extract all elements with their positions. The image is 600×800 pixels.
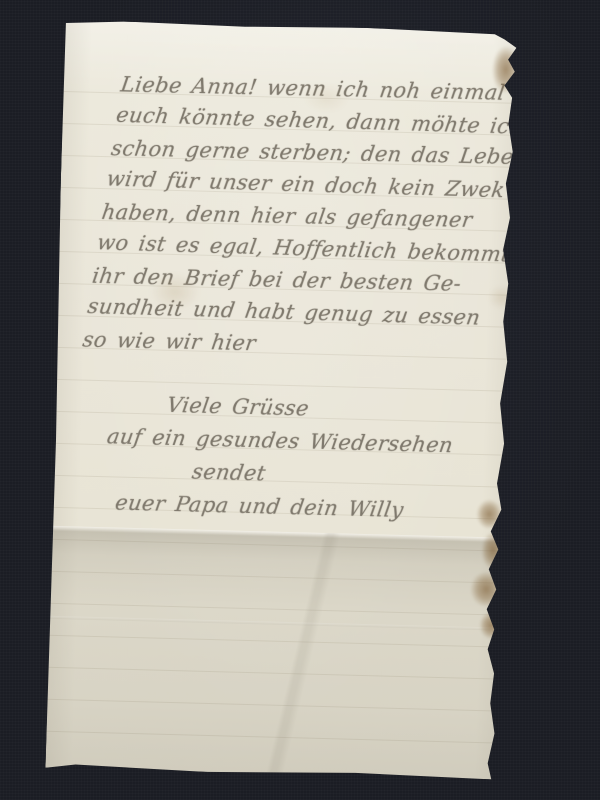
stain-top-right bbox=[491, 45, 520, 94]
fold-crease bbox=[45, 526, 503, 780]
stain-right-edge-2 bbox=[481, 531, 506, 570]
letter-paper: Liebe Anna! wenn ich noh einmaleuch könn… bbox=[45, 20, 516, 780]
letter-body: Liebe Anna! wenn ich noh einmaleuch könn… bbox=[81, 68, 520, 365]
letter-closing: Viele Grüsseauf ein gesundes Wiedersehen… bbox=[86, 387, 502, 529]
photo-background: Liebe Anna! wenn ich noh einmaleuch könn… bbox=[0, 0, 600, 800]
stain-faint-right bbox=[488, 285, 517, 310]
stain-right-edge-4 bbox=[479, 611, 504, 640]
stain-right-edge-3 bbox=[470, 571, 503, 608]
stain-right-edge-1 bbox=[476, 499, 503, 530]
